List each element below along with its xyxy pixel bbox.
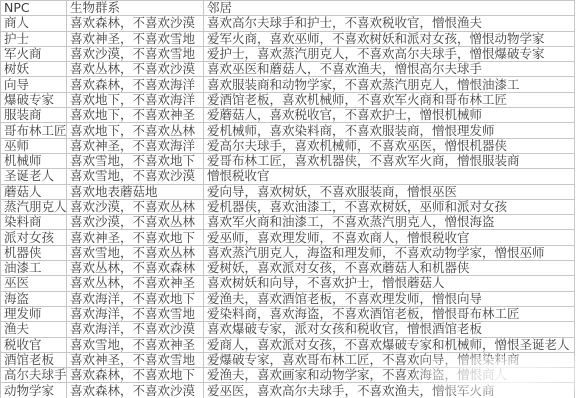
- npc-name-cell: 理发师: [1, 306, 67, 321]
- neighbors-cell: 爱爆破专家，喜欢哥布林工匠，不喜欢向导，憎恨染料商: [204, 352, 575, 367]
- table-row: 树妖喜欢丛林，不喜欢沙漠喜欢巫医和蘑菇人，不喜欢渔夫，憎恨高尔夫球手: [1, 62, 575, 77]
- neighbors-cell: 爱向导，喜欢树妖，不喜欢服装商，憎恨巫医: [204, 184, 575, 199]
- neighbors-cell: 喜欢树妖和向导，不喜欢护士，憎恨蘑菇人: [204, 276, 575, 291]
- neighbors-cell: 爱哥布林工匠，喜欢机器侠，不喜欢军火商，憎恨服装商: [204, 153, 575, 168]
- table-row: 酒馆老板喜欢神圣，不喜欢雪地爱爆破专家，喜欢哥布林工匠，不喜欢向导，憎恨染料商: [1, 352, 575, 367]
- table-row: 理发师喜欢海洋，不喜欢雪地爱染料商，喜欢海盗，不喜欢酒馆老板，憎恨哥布林工匠: [1, 306, 575, 321]
- biome-cell: 喜欢雪地，不喜欢丛林: [67, 245, 204, 260]
- neighbors-cell: 爱机械师，喜欢染料商，不喜欢服装商，憎恨理发师: [204, 123, 575, 138]
- neighbors-cell: 爱树妖，喜欢派对女孩，不喜欢蘑菇人和机器侠: [204, 261, 575, 276]
- biome-cell: 喜欢森林，不喜欢地下: [67, 368, 204, 383]
- npc-name-cell: 树妖: [1, 62, 67, 77]
- npc-name-cell: 渔夫: [1, 322, 67, 337]
- neighbors-cell: 喜欢巫医和蘑菇人，不喜欢渔夫，憎恨高尔夫球手: [204, 62, 575, 77]
- biome-cell: 喜欢神圣，不喜欢海洋: [67, 138, 204, 153]
- biome-cell: 喜欢神圣，不喜欢雪地: [67, 31, 204, 46]
- neighbors-cell: 爱军火商，喜欢巫师，不喜欢树妖和派对女孩，憎恨动物学家: [204, 31, 575, 46]
- biome-cell: 喜欢丛林，不喜欢神圣: [67, 276, 204, 291]
- table-row: 向导喜欢森林，不喜欢海洋喜欢服装商和动物学家，不喜欢蒸汽朋克人，憎恨油漆工: [1, 77, 575, 92]
- col-header-npc: NPC: [1, 1, 67, 16]
- neighbors-cell: 喜欢爆破专家，派对女孩和税收官，憎恨酒馆老板: [204, 322, 575, 337]
- table-row: 染料商喜欢沙漠，不喜欢丛林喜欢军火商和油漆工，不喜欢蒸汽朋克人，憎恨海盗: [1, 215, 575, 230]
- neighbors-cell: 憎恨税收官: [204, 169, 575, 184]
- biome-cell: 喜欢雪地，不喜欢地下: [67, 153, 204, 168]
- table-row: 爆破专家喜欢地下，不喜欢海洋爱酒馆老板，喜欢机械师，不喜欢军火商和哥布林工匠: [1, 92, 575, 107]
- biome-cell: 喜欢地下，不喜欢海洋: [67, 92, 204, 107]
- npc-happiness-table: NPC 生物群系 邻居 商人喜欢森林，不喜欢沙漠喜欢高尔夫球手和护士，不喜欢税收…: [0, 0, 575, 398]
- npc-name-cell: 护士: [1, 31, 67, 46]
- biome-cell: 喜欢神圣，不喜欢雪地: [67, 352, 204, 367]
- npc-name-cell: 机器侠: [1, 245, 67, 260]
- neighbors-cell: 喜欢蒸汽朋克人，海盗和理发师，不喜欢动物学家，憎恨巫师: [204, 245, 575, 260]
- table-row: 蒸汽朋克人喜欢沙漠，不喜欢丛林爱机器侠，喜欢油漆工，不喜欢树妖，巫师和派对女孩: [1, 199, 575, 214]
- table-row: 巫师喜欢神圣，不喜欢海洋爱高尔夫球手，喜欢机械师，不喜欢巫医，憎恨机器侠: [1, 138, 575, 153]
- npc-name-cell: 染料商: [1, 215, 67, 230]
- neighbors-cell: 爱护士，喜欢蒸汽朋克人，不喜欢高尔夫球手，憎恨爆破专家: [204, 46, 575, 61]
- neighbors-cell: 爱蘑菇人，喜欢税收官，不喜欢护士，憎恨机械师: [204, 108, 575, 123]
- col-header-biome: 生物群系: [67, 1, 204, 16]
- biome-cell: 喜欢地表蘑菇地: [67, 184, 204, 199]
- biome-cell: 喜欢丛林，不喜欢森林: [67, 261, 204, 276]
- col-header-neighbors: 邻居: [204, 1, 575, 16]
- table-row: 渔夫喜欢海洋，不喜欢沙漠喜欢爆破专家，派对女孩和税收官，憎恨酒馆老板: [1, 322, 575, 337]
- neighbors-cell: 爱酒馆老板，喜欢机械师，不喜欢军火商和哥布林工匠: [204, 92, 575, 107]
- table-row: 高尔夫球手喜欢森林，不喜欢地下爱渔夫，喜欢画家和动物学家，不喜欢海盗，憎恨商人: [1, 368, 575, 383]
- neighbors-cell: 爱机器侠，喜欢油漆工，不喜欢树妖，巫师和派对女孩: [204, 199, 575, 214]
- npc-name-cell: 蘑菇人: [1, 184, 67, 199]
- biome-cell: 喜欢丛林，不喜欢沙漠: [67, 62, 204, 77]
- biome-cell: 喜欢沙漠，不喜欢丛林: [67, 199, 204, 214]
- npc-name-cell: 高尔夫球手: [1, 368, 67, 383]
- npc-name-cell: 油漆工: [1, 261, 67, 276]
- npc-name-cell: 商人: [1, 16, 67, 31]
- neighbors-cell: 喜欢服装商和动物学家，不喜欢蒸汽朋克人，憎恨油漆工: [204, 77, 575, 92]
- neighbors-cell: 爱巫医，喜欢高尔夫球手，不喜欢渔夫，憎恨军火商: [204, 383, 575, 398]
- npc-name-cell: 机械师: [1, 153, 67, 168]
- table-row: 机械师喜欢雪地，不喜欢地下爱哥布林工匠，喜欢机器侠，不喜欢军火商，憎恨服装商: [1, 153, 575, 168]
- npc-name-cell: 派对女孩: [1, 230, 67, 245]
- table-row: 税收官喜欢雪地，不喜欢神圣爱商人，喜欢派对女孩，不喜欢爆破专家和机械师，憎恨圣诞…: [1, 337, 575, 352]
- header-row: NPC 生物群系 邻居: [1, 1, 575, 16]
- neighbors-cell: 喜欢高尔夫球手和护士，不喜欢税收官，憎恨渔夫: [204, 16, 575, 31]
- biome-cell: 喜欢沙漠，不喜欢丛林: [67, 215, 204, 230]
- npc-name-cell: 巫医: [1, 276, 67, 291]
- neighbors-cell: 喜欢军火商和油漆工，不喜欢蒸汽朋克人，憎恨海盗: [204, 215, 575, 230]
- table-row: 海盗喜欢海洋，不喜欢地下爱渔夫，喜欢酒馆老板，不喜欢理发师，憎恨向导: [1, 291, 575, 306]
- npc-name-cell: 酒馆老板: [1, 352, 67, 367]
- biome-cell: 喜欢海洋，不喜欢雪地: [67, 306, 204, 321]
- table-row: 护士喜欢神圣，不喜欢雪地爱军火商，喜欢巫师，不喜欢树妖和派对女孩，憎恨动物学家: [1, 31, 575, 46]
- table-row: 动物学家喜欢森林，不喜欢沙漠爱巫医，喜欢高尔夫球手，不喜欢渔夫，憎恨军火商: [1, 383, 575, 398]
- biome-cell: 喜欢森林，不喜欢海洋: [67, 77, 204, 92]
- npc-name-cell: 哥布林工匠: [1, 123, 67, 138]
- npc-name-cell: 服装商: [1, 108, 67, 123]
- table-row: 派对女孩喜欢神圣，不喜欢地下爱巫师，喜欢理发师，不喜欢商人，憎恨税收官: [1, 230, 575, 245]
- table-row: 商人喜欢森林，不喜欢沙漠喜欢高尔夫球手和护士，不喜欢税收官，憎恨渔夫: [1, 16, 575, 31]
- biome-cell: 喜欢雪地，不喜欢沙漠: [67, 169, 204, 184]
- npc-name-cell: 巫师: [1, 138, 67, 153]
- biome-cell: 喜欢地下，不喜欢丛林: [67, 123, 204, 138]
- npc-name-cell: 动物学家: [1, 383, 67, 398]
- biome-cell: 喜欢海洋，不喜欢地下: [67, 291, 204, 306]
- npc-name-cell: 爆破专家: [1, 92, 67, 107]
- neighbors-cell: 爱巫师，喜欢理发师，不喜欢商人，憎恨税收官: [204, 230, 575, 245]
- npc-table-body: 商人喜欢森林，不喜欢沙漠喜欢高尔夫球手和护士，不喜欢税收官，憎恨渔夫护士喜欢神圣…: [1, 16, 575, 398]
- npc-name-cell: 向导: [1, 77, 67, 92]
- biome-cell: 喜欢海洋，不喜欢沙漠: [67, 322, 204, 337]
- biome-cell: 喜欢森林，不喜欢沙漠: [67, 383, 204, 398]
- neighbors-cell: 爱染料商，喜欢海盗，不喜欢酒馆老板，憎恨哥布林工匠: [204, 306, 575, 321]
- npc-name-cell: 海盗: [1, 291, 67, 306]
- npc-name-cell: 蒸汽朋克人: [1, 199, 67, 214]
- npc-name-cell: 税收官: [1, 337, 67, 352]
- table-row: 哥布林工匠喜欢地下，不喜欢丛林爱机械师，喜欢染料商，不喜欢服装商，憎恨理发师: [1, 123, 575, 138]
- table-row: 巫医喜欢丛林，不喜欢神圣喜欢树妖和向导，不喜欢护士，憎恨蘑菇人: [1, 276, 575, 291]
- neighbors-cell: 爱高尔夫球手，喜欢机械师，不喜欢巫医，憎恨机器侠: [204, 138, 575, 153]
- table-row: 圣诞老人喜欢雪地，不喜欢沙漠憎恨税收官: [1, 169, 575, 184]
- biome-cell: 喜欢地下，不喜欢神圣: [67, 108, 204, 123]
- npc-happiness-table-container: NPC 生物群系 邻居 商人喜欢森林，不喜欢沙漠喜欢高尔夫球手和护士，不喜欢税收…: [0, 0, 575, 398]
- biome-cell: 喜欢森林，不喜欢沙漠: [67, 16, 204, 31]
- table-row: 服装商喜欢地下，不喜欢神圣爱蘑菇人，喜欢税收官，不喜欢护士，憎恨机械师: [1, 108, 575, 123]
- table-row: 机器侠喜欢雪地，不喜欢丛林喜欢蒸汽朋克人，海盗和理发师，不喜欢动物学家，憎恨巫师: [1, 245, 575, 260]
- neighbors-cell: 爱渔夫，喜欢画家和动物学家，不喜欢海盗，憎恨商人: [204, 368, 575, 383]
- biome-cell: 喜欢雪地，不喜欢神圣: [67, 337, 204, 352]
- npc-name-cell: 军火商: [1, 46, 67, 61]
- biome-cell: 喜欢神圣，不喜欢地下: [67, 230, 204, 245]
- table-row: 蘑菇人喜欢地表蘑菇地爱向导，喜欢树妖，不喜欢服装商，憎恨巫医: [1, 184, 575, 199]
- neighbors-cell: 爱商人，喜欢派对女孩，不喜欢爆破专家和机械师，憎恨圣诞老人: [204, 337, 575, 352]
- neighbors-cell: 爱渔夫，喜欢酒馆老板，不喜欢理发师，憎恨向导: [204, 291, 575, 306]
- table-row: 油漆工喜欢丛林，不喜欢森林爱树妖，喜欢派对女孩，不喜欢蘑菇人和机器侠: [1, 261, 575, 276]
- table-row: 军火商喜欢沙漠，不喜欢雪地爱护士，喜欢蒸汽朋克人，不喜欢高尔夫球手，憎恨爆破专家: [1, 46, 575, 61]
- npc-name-cell: 圣诞老人: [1, 169, 67, 184]
- biome-cell: 喜欢沙漠，不喜欢雪地: [67, 46, 204, 61]
